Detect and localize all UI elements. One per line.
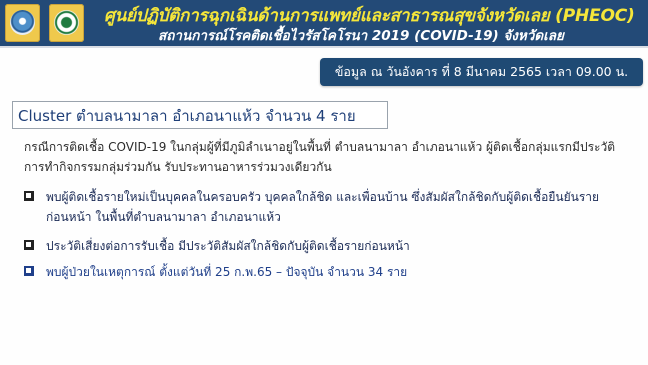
header-subtitle: สถานการณ์โรคติดเชื้อไวรัสโคโรนา 2019 (CO… [158, 24, 564, 46]
bullet-line: พบผู้ป่วยในเหตุการณ์ ตั้งแต่วันที่ 25 ก.… [46, 262, 407, 282]
checkbox-icon [24, 240, 34, 250]
bullet-text: พบผู้ติดเชื้อรายใหม่เป็นบุคคลในครอบครัว … [46, 187, 599, 227]
intro-paragraph: กรณีการติดเชื้อ COVID-19 ในกลุ่มผู้ที่มี… [24, 137, 624, 177]
intro-line: กรณีการติดเชื้อ COVID-19 ในกลุ่มผู้ที่มี… [24, 137, 624, 157]
loei-province-logo [5, 4, 40, 42]
moph-emblem-icon [54, 10, 79, 35]
cluster-title: Cluster ตำบลนามาลา อำเภอนาแห้ว จำนวน 4 ร… [12, 101, 388, 129]
moph-logo [49, 4, 84, 42]
bullet-line: ประวัติเสี่ยงต่อการรับเชื้อ มีประวัติสัม… [46, 236, 410, 256]
bullet-text: พบผู้ป่วยในเหตุการณ์ ตั้งแต่วันที่ 25 ก.… [46, 262, 407, 282]
bullet-line: ก่อนหน้า ในพื้นที่ตำบลนามาลา อำเภอนาแห้ว [46, 207, 599, 227]
intro-line: การทำกิจกรรมกลุ่มร่วมกัน รับประทานอาหารร… [24, 157, 624, 177]
header-banner: ศูนย์ปฏิบัติการฉุกเฉินด้านการแพทย์และสาธ… [0, 0, 648, 48]
checkbox-icon [24, 266, 34, 276]
slide: ศูนย์ปฏิบัติการฉุกเฉินด้านการแพทย์และสาธ… [0, 0, 648, 365]
date-badge: ข้อมูล ณ วันอังคาร ที่ 8 มีนาคม 2565 เวล… [320, 58, 643, 86]
province-emblem-icon [10, 10, 35, 35]
checkbox-icon [24, 191, 34, 201]
bullet-text: ประวัติเสี่ยงต่อการรับเชื้อ มีประวัติสัม… [46, 236, 410, 256]
bullet-line: พบผู้ติดเชื้อรายใหม่เป็นบุคคลในครอบครัว … [46, 187, 599, 207]
